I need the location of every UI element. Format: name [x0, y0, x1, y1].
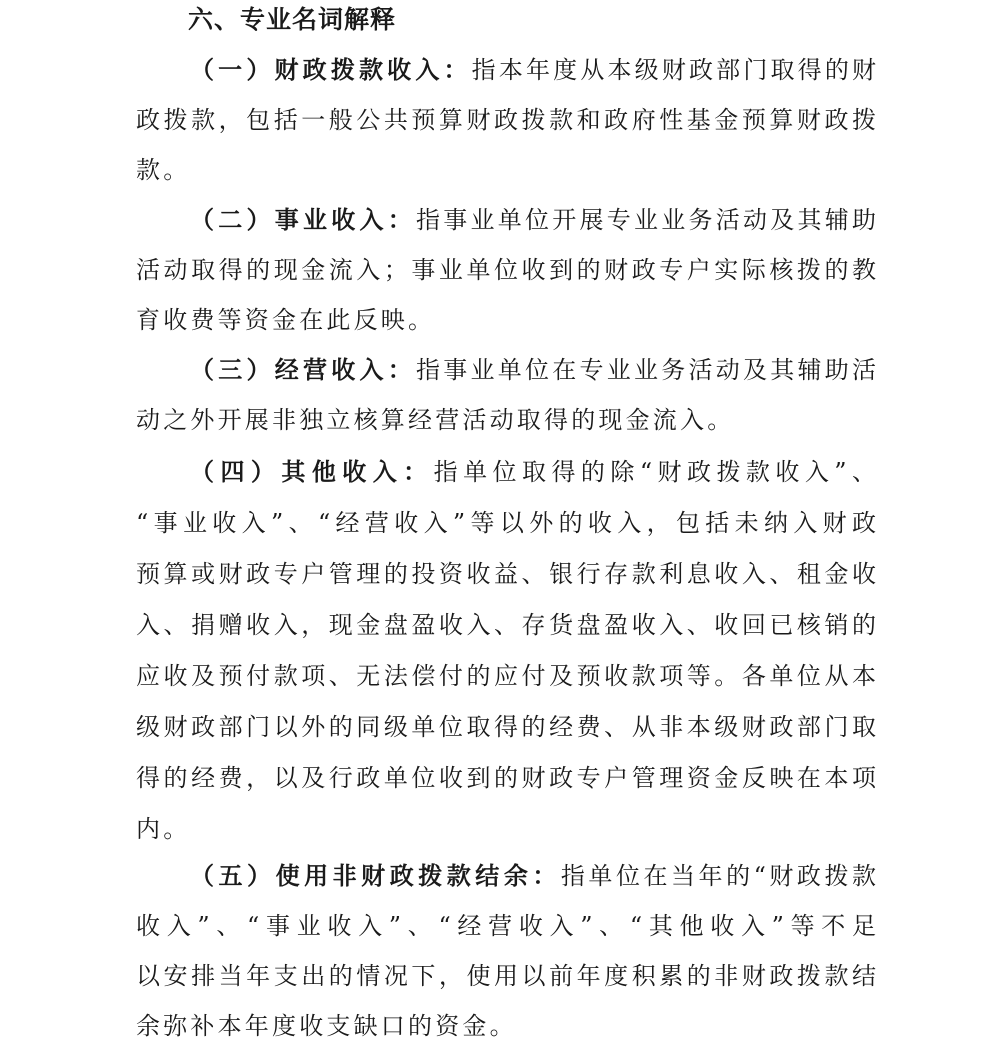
paragraph-line: 活动取得的现金流入；事业单位收到的财政专户实际核拨的教	[136, 250, 876, 290]
term-label: （五）使用非财政拨款结余：	[190, 862, 561, 890]
document-page: 六、专业名词解释 （一）财政拨款收入：指本年度从本级财政部门取得的财 政拨款，包…	[0, 0, 1000, 1043]
paragraph-line: 预算或财政专户管理的投资收益、银行存款利息收入、租金收	[136, 554, 876, 594]
paragraph-text: 指单位取得的除“财政拨款收入”、	[434, 458, 876, 486]
term-label: （一）财政拨款收入：	[190, 56, 472, 84]
paragraph-line: （四）其他收入：指单位取得的除“财政拨款收入”、	[190, 452, 876, 492]
term-label: （二）事业收入：	[190, 206, 416, 234]
paragraph-text: 指事业单位开展专业业务活动及其辅助	[416, 206, 876, 234]
paragraph-line: 政拨款，包括一般公共预算财政拨款和政府性基金预算财政拨	[136, 100, 876, 140]
term-label: （三）经营收入：	[190, 356, 416, 384]
paragraph-line: 款。	[136, 150, 876, 190]
paragraph-line: “事业收入”、“经营收入”等以外的收入，包括未纳入财政	[136, 503, 876, 543]
paragraph-line: 入、捐赠收入，现金盘盈收入、存货盘盈收入、收回已核销的	[136, 605, 876, 645]
term-label: （四）其他收入：	[190, 458, 434, 486]
paragraph-line: 级财政部门以外的同级单位取得的经费、从非本级财政部门取	[136, 707, 876, 747]
paragraph-line: 应收及预付款项、无法偿付的应付及预收款项等。各单位从本	[136, 656, 876, 696]
paragraph-line: 得的经费，以及行政单位收到的财政专户管理资金反映在本项	[136, 758, 876, 798]
paragraph-line: （五）使用非财政拨款结余：指单位在当年的“财政拨款	[190, 856, 876, 896]
section-heading: 六、专业名词解释	[188, 0, 928, 40]
paragraph-line: （一）财政拨款收入：指本年度从本级财政部门取得的财	[190, 50, 876, 90]
paragraph-line: 内。	[136, 809, 876, 849]
paragraph-line: （二）事业收入：指事业单位开展专业业务活动及其辅助	[190, 200, 876, 240]
paragraph-text: 指事业单位在专业业务活动及其辅助活	[416, 356, 876, 384]
paragraph-text: 指本年度从本级财政部门取得的财	[472, 56, 876, 84]
paragraph-line: 育收费等资金在此反映。	[136, 300, 876, 340]
paragraph-line: 收入”、“事业收入”、“经营收入”、“其他收入”等不足	[136, 906, 876, 946]
paragraph-line: 动之外开展非独立核算经营活动取得的现金流入。	[136, 400, 876, 440]
paragraph-line: 余弥补本年度收支缺口的资金。	[136, 1006, 876, 1043]
paragraph-text: 指单位在当年的“财政拨款	[561, 862, 876, 890]
paragraph-line: （三）经营收入：指事业单位在专业业务活动及其辅助活	[190, 350, 876, 390]
paragraph-line: 以安排当年支出的情况下，使用以前年度积累的非财政拨款结	[136, 956, 876, 996]
